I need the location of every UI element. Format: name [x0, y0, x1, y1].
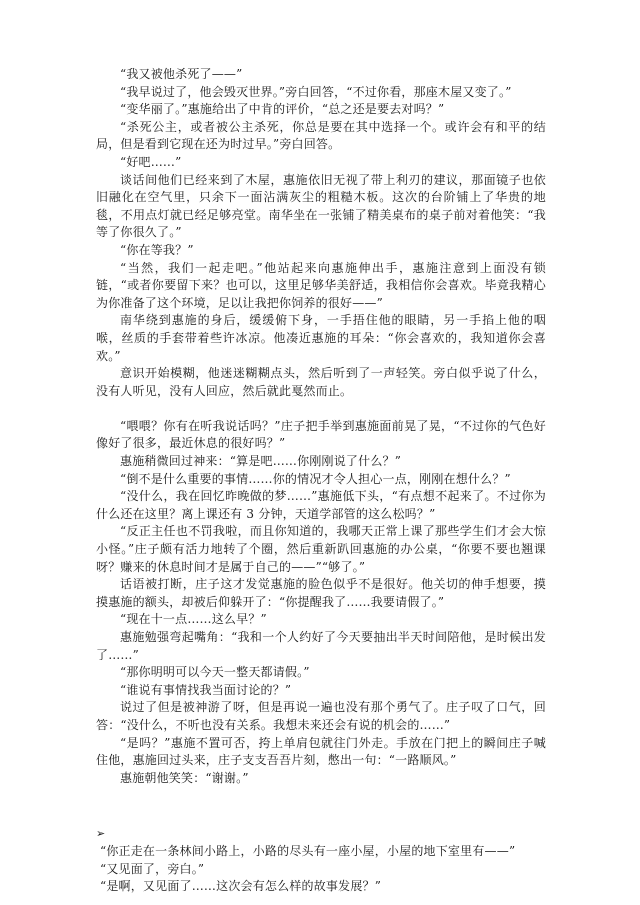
paragraph: “谁说有事情找我当面讨论的？” — [96, 682, 546, 700]
paragraph: “你在等我？” — [96, 242, 546, 260]
paragraph: 惠施稍微回过神来：“算是吧……你刚刚说了什么？” — [96, 453, 546, 471]
paragraph: “现在十一点……这么早？” — [96, 611, 546, 629]
paragraph: “是吗？”惠施不置可否，挎上单肩包就往门外走。手放在门把上的瞬间庄子喊住他，惠施… — [96, 735, 546, 770]
paragraph: 谈话间他们已经来到了木屋，惠施依旧无视了带上利刃的建议，那面镜子也依旧融化在空气… — [96, 172, 546, 242]
document-page: “我又被他杀死了——” “我早说过了，他会毁灭世界。”旁白回答，“不过你看，那座… — [96, 66, 546, 896]
paragraph: “杀死公主，或者被公主杀死，你总是要在其中选择一个。或许会有和平的结局，但是看到… — [96, 119, 546, 154]
section-forest-scene: ➢ “你正走在一条林间小路上，小路的尽头有一座小屋，小屋的地下室里有——” “又… — [96, 825, 546, 895]
section-office-scene: “喂喂？你有在听我说话吗？”庄子把手举到惠施面前晃了晃，“不过你的气色好像好了很… — [96, 418, 546, 787]
paragraph: 惠施朝他笑笑：“谢谢。” — [96, 770, 546, 788]
paragraph: “我早说过了，他会毁灭世界。”旁白回答，“不过你看，那座木屋又变了。” — [96, 84, 546, 102]
paragraph: “没什么，我在回忆昨晚做的梦……”惠施低下头，“有点想不起来了。不过你为什么还在… — [96, 488, 546, 523]
paragraph: 说过了但是被神游了呀，但是再说一遍也没有那个勇气了。庄子叹了口气，回答：“没什么… — [96, 699, 546, 734]
paragraph: “喂喂？你有在听我说话吗？”庄子把手举到惠施面前晃了晃，“不过你的气色好像好了很… — [96, 418, 546, 453]
arrow-bullet-icon: ➢ — [96, 825, 546, 843]
paragraph: 南华绕到惠施的身后，缓缓俯下身，一手捂住他的眼睛，另一手掐上他的咽喉，丝质的手套… — [96, 312, 546, 365]
paragraph: “是啊，又见面了……这次会有怎么样的故事发展？” — [96, 878, 546, 896]
paragraph: “变华丽了。”惠施给出了中肯的评价，“总之还是要去对吗？” — [96, 101, 546, 119]
paragraph: 意识开始模糊，他迷迷糊糊点头，然后听到了一声轻笑。旁白似乎说了什么，没有人听见，… — [96, 365, 546, 400]
paragraph: “那你明明可以今天一整天都请假。” — [96, 664, 546, 682]
paragraph: “你正走在一条林间小路上，小路的尽头有一座小屋，小屋的地下室里有——” — [96, 843, 546, 861]
paragraph: “倒不是什么重要的事情……你的情况才令人担心一点，刚刚在想什么？” — [96, 471, 546, 489]
paragraph: 惠施勉强弯起嘴角：“我和一个人约好了今天要抽出半天时间陪他，是时候出发了……” — [96, 629, 546, 664]
section-spacer — [96, 787, 546, 825]
paragraph: 话语被打断，庄子这才发觉惠施的脸色似乎不是很好。他关切的伸手想要，摸摸惠施的额头… — [96, 576, 546, 611]
section-spacer — [96, 400, 546, 418]
section-dream-scene: “我又被他杀死了——” “我早说过了，他会毁灭世界。”旁白回答，“不过你看，那座… — [96, 66, 546, 400]
paragraph: “当然，我们一起走吧。”他站起来向惠施伸出手，惠施注意到上面没有锁链，“或者你要… — [96, 260, 546, 313]
paragraph: “反正主任也不罚我啦，而且你知道的，我哪天正常上课了那些学生们才会大惊小怪。”庄… — [96, 523, 546, 576]
paragraph: “好吧……” — [96, 154, 546, 172]
paragraph: “我又被他杀死了——” — [96, 66, 546, 84]
paragraph: “又见面了，旁白。” — [96, 861, 546, 879]
